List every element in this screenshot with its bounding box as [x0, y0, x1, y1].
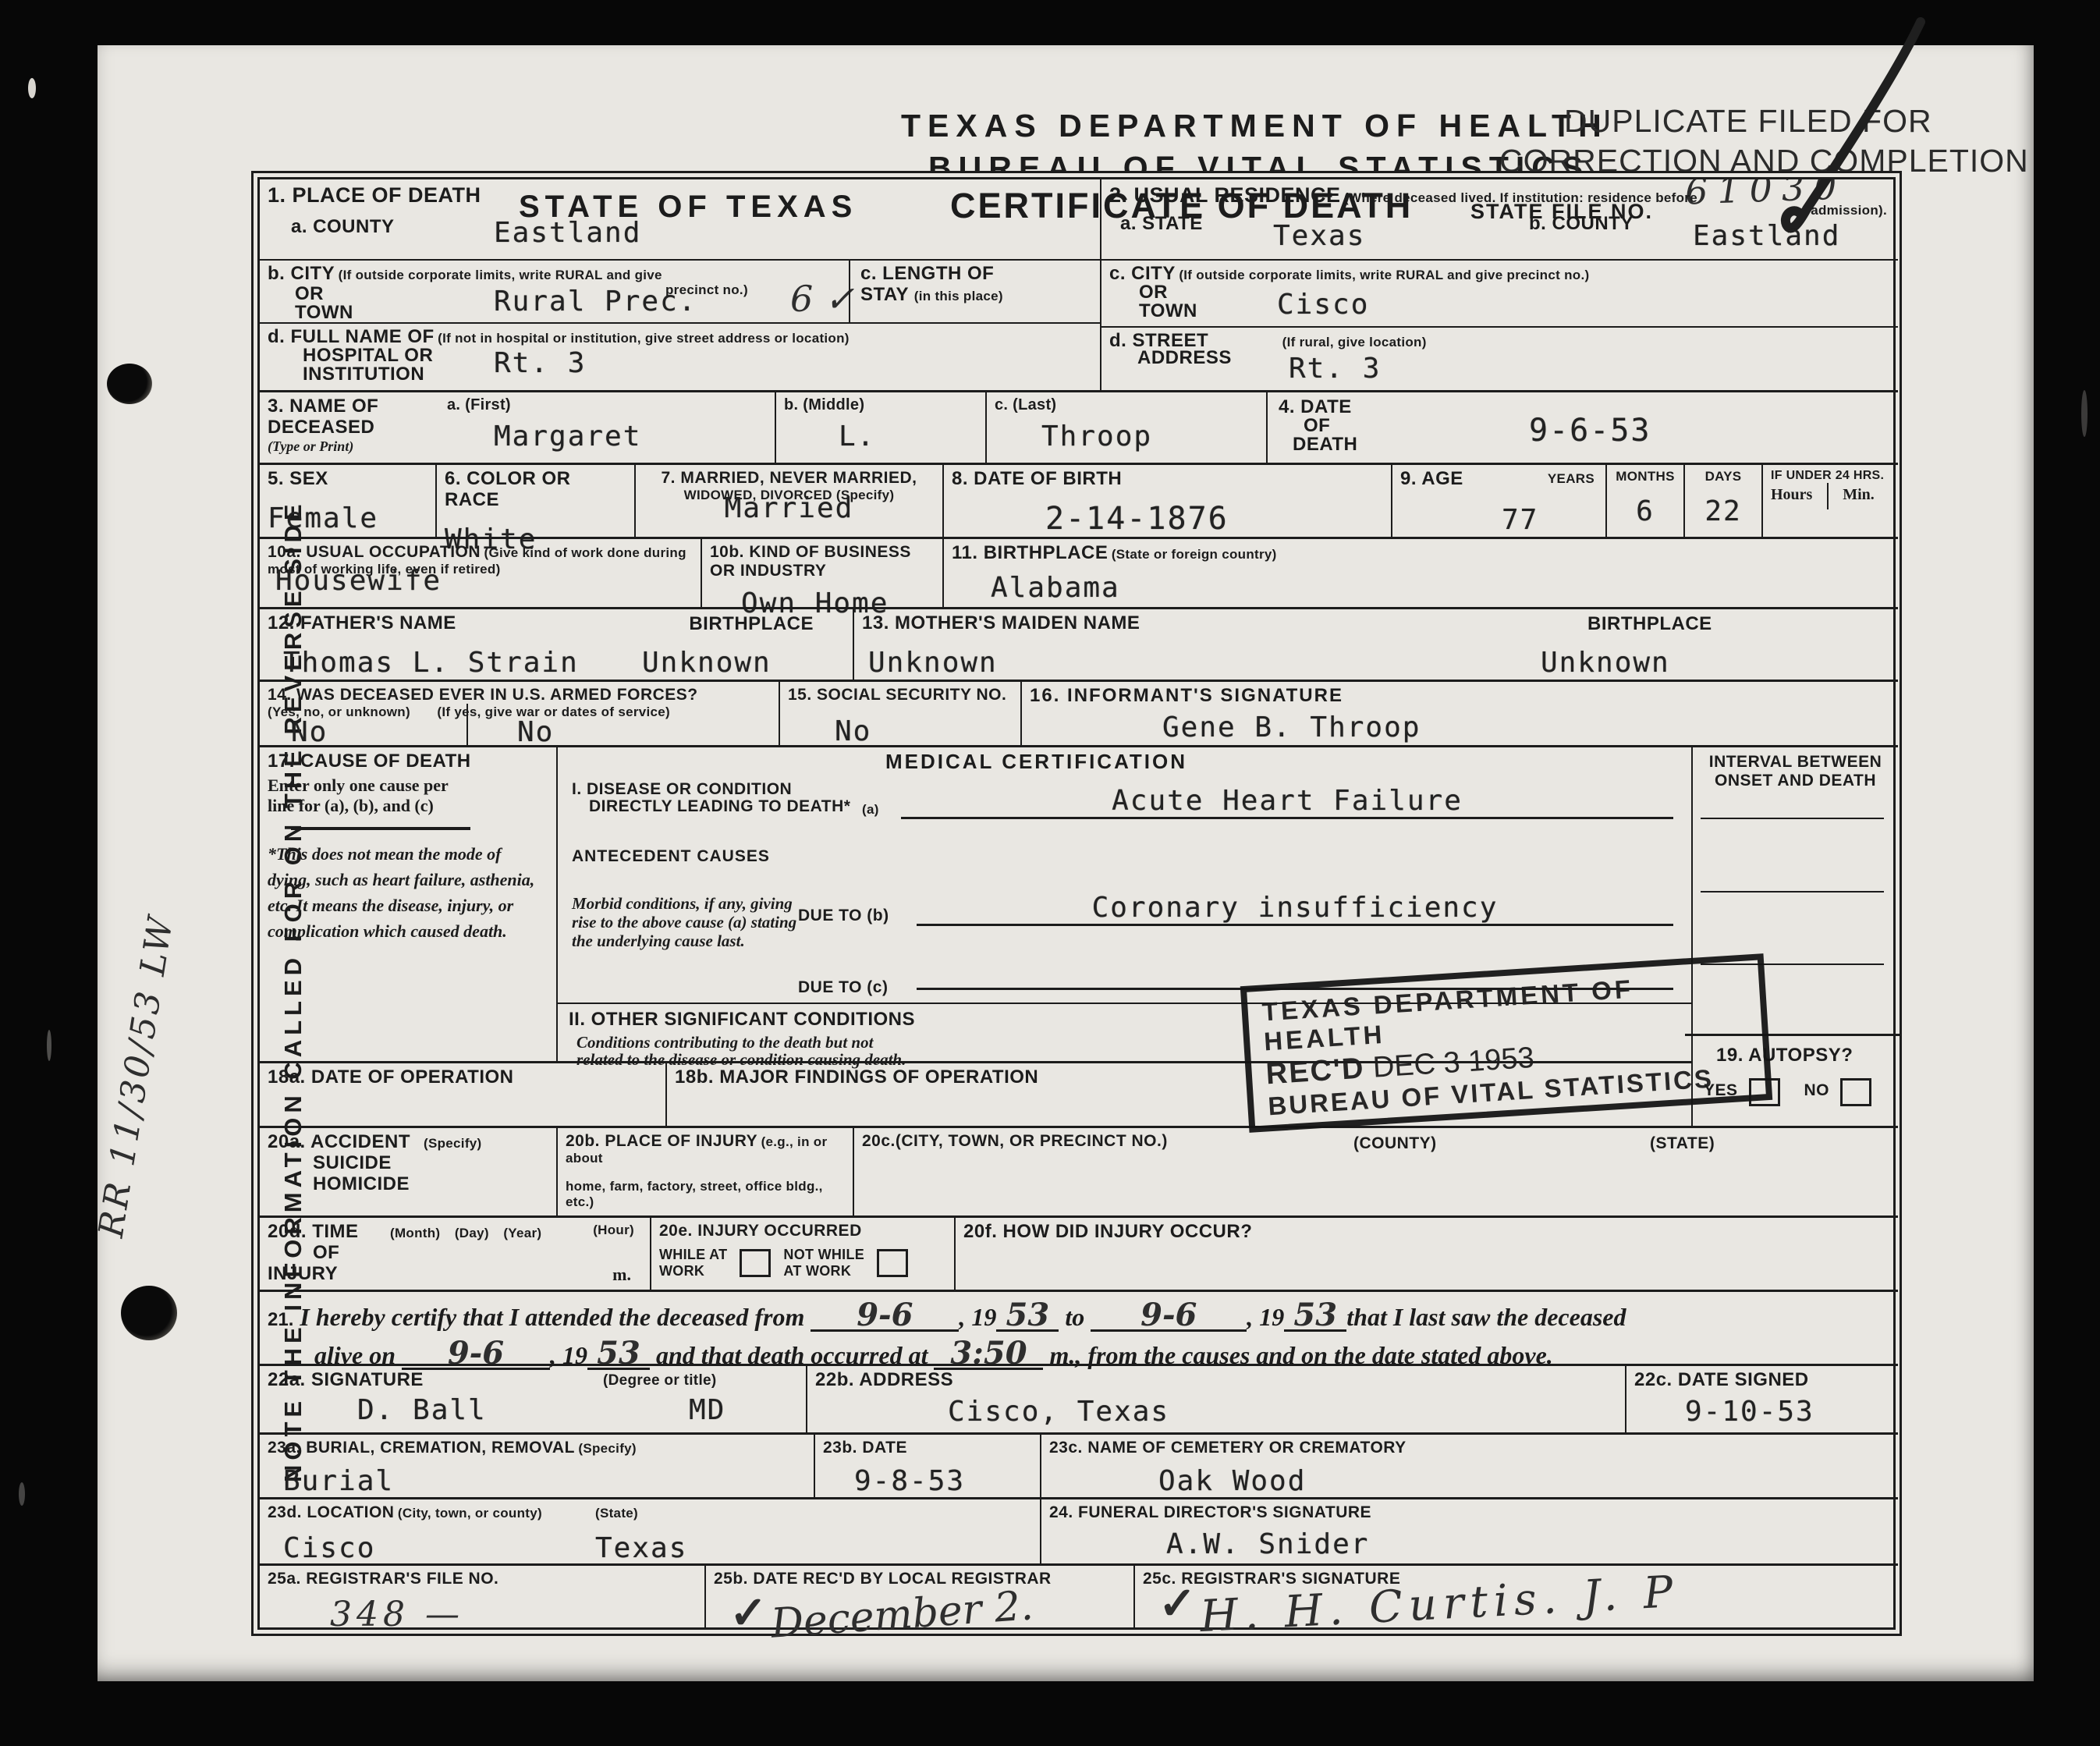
residence-city-row: c. CITY (If outside corporate limits, wr…	[1101, 259, 1898, 326]
father-label: 12. FATHER'S NAME	[268, 612, 456, 633]
date-of-operation-cell: 18a. DATE OF OPERATION	[260, 1063, 665, 1126]
burial-date-value: 9-8-53	[854, 1465, 1032, 1497]
hospital-hint: (If not in hospital or institution, give…	[438, 331, 850, 346]
physician-signature-cell: 22a. SIGNATURE (Degree or title) D. Ball…	[260, 1366, 806, 1432]
row-occupation: 10a. USUAL OCCUPATION (Give kind of work…	[260, 537, 1898, 607]
age-years-label: YEARS	[1548, 471, 1595, 487]
age-years-cell: 9. AGE YEARS 77	[1391, 465, 1605, 537]
registrar-date-check-mark: ✓	[729, 1588, 768, 1638]
father-birthplace-label: BIRTHPLACE	[689, 614, 814, 635]
degree-label: (Degree or title)	[603, 1372, 717, 1389]
duplicate-stamp-line2: CORRECTION AND COMPLETION	[1499, 143, 2029, 179]
residence-county-label: b. COUNTY	[1529, 214, 1634, 235]
physician-address-cell: 22b. ADDRESS Cisco, Texas	[806, 1366, 1625, 1432]
funeral-director-cell: 24. FUNERAL DIRECTOR'S SIGNATURE A.W. Sn…	[1040, 1499, 1898, 1563]
burial-hint: (Specify)	[578, 1441, 637, 1456]
medical-certification-header: MEDICAL CERTIFICATION	[885, 751, 1187, 773]
cause-of-death-footnote: *This does not mean the mode of dying, s…	[268, 841, 548, 944]
row-accident: 20a. ACCIDENT (Specify) SUICIDE HOMICIDE…	[260, 1126, 1898, 1215]
funeral-director-value: A.W. Snider	[1166, 1528, 1890, 1560]
dob-label: 8. DATE OF BIRTH	[952, 469, 1383, 490]
certificate-form: 1. PLACE OF DEATH a. COUNTY Eastland b. …	[257, 177, 1896, 1630]
burial-state-value: Texas	[595, 1532, 687, 1564]
last-name-value: Throop	[1041, 421, 1258, 452]
sex-label: 5. SEX	[268, 469, 427, 490]
city-of-death-hint: (If outside corporate limits, write RURA…	[339, 268, 662, 282]
middle-name-cell: b. (Middle) L.	[775, 392, 985, 463]
injury-location-cell: 20c.(CITY, TOWN, OR PRECINCT NO.) (COUNT…	[853, 1128, 1898, 1215]
burial-date-cell: 23b. DATE 9-8-53	[814, 1435, 1040, 1497]
dob-value: 2-14-1876	[1045, 501, 1383, 537]
row-name-and-death-date: 3. NAME OF DECEASED (Type or Print) a. (…	[260, 390, 1898, 463]
age-days-cell: DAYS 22	[1683, 465, 1761, 537]
burial-state-hint: (State)	[595, 1506, 638, 1521]
last-name-cell: c. (Last) Throop	[985, 392, 1266, 463]
age-label: 9. AGE	[1400, 468, 1463, 489]
age-months-value: 6	[1615, 495, 1676, 527]
burial-date-label: 23b. DATE	[823, 1439, 1032, 1457]
registrar-file-label: 25a. REGISTRAR'S FILE NO.	[268, 1570, 697, 1588]
agency-name-line1: TEXAS DEPARTMENT OF HEALTH	[901, 108, 1609, 144]
signature-label: 22a. SIGNATURE	[268, 1369, 424, 1390]
burial-location-label: 23d. LOCATION	[268, 1503, 394, 1521]
autopsy-no-checkbox	[1840, 1078, 1871, 1106]
attended-to-value: 9-6	[1091, 1301, 1247, 1332]
city-of-death-label: b. CITY	[268, 263, 335, 284]
cause-of-death-label: 17. CAUSE OF DEATH	[268, 751, 548, 772]
mother-name-value: Unknown	[868, 647, 998, 679]
age-months-label: MONTHS	[1615, 469, 1676, 484]
min-label: Min.	[1843, 486, 1875, 503]
other-significant-conditions-label: II. OTHER SIGNIFICANT CONDITIONS	[569, 1010, 915, 1031]
father-birthplace-value: Unknown	[642, 647, 772, 679]
registrar-date-value: December 2.	[769, 1582, 1034, 1647]
how-injury-occurred-cell: 20f. HOW DID INJURY OCCUR?	[954, 1218, 1898, 1290]
residence-street-hint: (If rural, give location)	[1282, 335, 1427, 350]
residence-county-value: Eastland	[1693, 220, 1840, 252]
middle-name-label: b. (Middle)	[784, 396, 977, 414]
burial-location-cell: 23d. LOCATION (City, town, or county) (S…	[260, 1499, 1040, 1563]
residence-city-label: c. CITY	[1109, 263, 1176, 284]
birthplace-hint: (State or foreign country)	[1112, 547, 1277, 562]
residence-street-value: Rt. 3	[1289, 353, 1381, 385]
attended-from-year: 53	[996, 1301, 1059, 1332]
marital-label: 7. MARRIED, NEVER MARRIED,	[644, 469, 935, 488]
informant-value: Gene B. Throop	[1162, 712, 1890, 743]
date-signed-cell: 22c. DATE SIGNED 9-10-53	[1625, 1366, 1898, 1432]
certification-statement: 21. I hereby certify that I attended the…	[260, 1292, 1898, 1364]
row-registrar: 25a. REGISTRAR'S FILE NO. 348 — 25b. DAT…	[260, 1563, 1898, 1627]
dob-cell: 8. DATE OF BIRTH 2-14-1876	[942, 465, 1391, 537]
attended-to-year: 53	[1284, 1301, 1346, 1332]
registrar-file-cell: 25a. REGISTRAR'S FILE NO. 348 —	[260, 1566, 704, 1627]
hospital-value: Rt. 3	[494, 347, 586, 379]
hospital-label: d. FULL NAME OF	[268, 326, 435, 347]
age-days-label: DAYS	[1693, 469, 1754, 484]
name-label-cell: 3. NAME OF DECEASED (Type or Print)	[260, 392, 439, 463]
autopsy-no-label: NO	[1804, 1081, 1829, 1099]
physician-address-value: Cisco, Texas	[948, 1396, 1617, 1428]
ssn-value: No	[835, 715, 1013, 747]
father-name-value: Thomas L. Strain	[283, 647, 579, 679]
duplicate-stamp-line1: DUPLICATE FILED FOR	[1564, 103, 1932, 140]
cause-of-death-notes-cell: 17. CAUSE OF DEATH Enter only one cause …	[260, 747, 556, 1061]
county-of-death-label: a. COUNTY	[291, 217, 395, 238]
date-of-death-value: 9-6-53	[1529, 413, 1651, 449]
birthplace-cell: 11. BIRTHPLACE (State or foreign country…	[942, 539, 1898, 607]
date-signed-label: 22c. DATE SIGNED	[1634, 1370, 1890, 1391]
precinct-number-handwritten: 6 ✓	[790, 278, 854, 320]
registrar-date-label: 25b. DATE REC'D BY LOCAL REGISTRAR	[714, 1570, 1126, 1588]
mother-birthplace-value: Unknown	[1541, 647, 1670, 679]
first-name-value: Margaret	[494, 421, 767, 452]
burial-city-value: Cisco	[283, 1532, 375, 1564]
funeral-director-label: 24. FUNERAL DIRECTOR'S SIGNATURE	[1049, 1503, 1890, 1522]
under24-label: IF UNDER 24 HRS.	[1771, 469, 1890, 483]
informant-label: 16. INFORMANT'S SIGNATURE	[1030, 686, 1890, 707]
degree-value: MD	[689, 1394, 725, 1426]
birthplace-value: Alabama	[991, 572, 1890, 604]
registrar-signature-check-mark: ✓	[1158, 1578, 1197, 1629]
business-label: 10b. KIND OF BUSINESS OR INDUSTRY	[710, 543, 935, 580]
row-certification-statement: 21. I hereby certify that I attended the…	[260, 1290, 1898, 1364]
section-place-of-death: 1. PLACE OF DEATH a. COUNTY Eastland b. …	[260, 179, 1100, 390]
burial-location-hint: (City, town, or county)	[398, 1506, 542, 1521]
row-demographics: 5. SEX Female 6. COLOR OR RACE White 7. …	[260, 463, 1898, 537]
cemetery-value: Oak Wood	[1158, 1465, 1890, 1497]
date-signed-value: 9-10-53	[1685, 1396, 1890, 1428]
business-cell: 10b. KIND OF BUSINESS OR INDUSTRY Own Ho…	[701, 539, 942, 607]
row-burial: 23a. BURIAL, CREMATION, REMOVAL (Specify…	[260, 1432, 1898, 1497]
hole-punch-bottom	[121, 1286, 177, 1340]
accident-cell: 20a. ACCIDENT (Specify) SUICIDE HOMICIDE	[260, 1128, 556, 1215]
marital-cell: 7. MARRIED, NEVER MARRIED, WIDOWED, DIVO…	[634, 465, 942, 537]
hole-punch-top	[107, 364, 152, 404]
occupation-label: 10a. USUAL OCCUPATION	[268, 543, 481, 561]
registrar-file-value: 348 —	[330, 1595, 697, 1634]
age-under24-cell: IF UNDER 24 HRS. Hours Min.	[1761, 465, 1898, 537]
race-label: 6. COLOR OR RACE	[445, 469, 626, 511]
row-time-of-injury: 20d. TIME (Month) (Day) (Year) (Hour) OF…	[260, 1215, 1898, 1290]
row-burial-location: 23d. LOCATION (City, town, or county) (S…	[260, 1497, 1898, 1563]
informant-cell: 16. INFORMANT'S SIGNATURE Gene B. Throop	[1020, 682, 1898, 745]
birthplace-label: 11. BIRTHPLACE	[952, 542, 1108, 563]
interval-label: INTERVAL BETWEENONSET AND DEATH	[1701, 753, 1890, 790]
cemetery-cell: 23c. NAME OF CEMETERY OR CREMATORY Oak W…	[1040, 1435, 1898, 1497]
address-label: 22b. ADDRESS	[815, 1370, 1617, 1391]
cause-a-value: Acute Heart Failure	[1112, 785, 1463, 817]
row-physician: 22a. SIGNATURE (Degree or title) D. Ball…	[260, 1364, 1898, 1432]
occupation-cell: 10a. USUAL OCCUPATION (Give kind of work…	[260, 539, 701, 607]
date-of-death-cell: 4. DATE OF DEATH 9-6-53	[1266, 392, 1898, 463]
residence-state-label: a. STATE	[1120, 214, 1203, 235]
sex-cell: 5. SEX Female	[260, 465, 435, 537]
date-of-operation-label: 18a. DATE OF OPERATION	[268, 1067, 658, 1088]
hospital-name-row: d. FULL NAME OF (If not in hospital or i…	[260, 322, 1100, 390]
ssn-label: 15. SOCIAL SECURITY NO.	[788, 686, 1013, 704]
last-name-label: c. (Last)	[995, 396, 1258, 414]
hours-label: Hours	[1771, 486, 1812, 503]
first-name-cell: a. (First) Margaret	[439, 392, 775, 463]
cemetery-label: 23c. NAME OF CEMETERY OR CREMATORY	[1049, 1439, 1890, 1457]
usual-residence-header: 2. USUAL RESIDENCE	[1109, 183, 1341, 207]
first-name-label: a. (First)	[447, 396, 767, 414]
armed-forces-cell: 14. WAS DECEASED EVER IN U.S. ARMED FORC…	[260, 682, 779, 745]
residence-state-value: Texas	[1273, 220, 1365, 252]
mother-label: 13. MOTHER'S MAIDEN NAME	[862, 612, 1140, 633]
place-of-injury-cell: 20b. PLACE OF INJURY (e.g., in or about …	[556, 1128, 853, 1215]
armed-forces-value1: No	[291, 716, 328, 748]
age-days-value: 22	[1693, 495, 1754, 527]
race-cell: 6. COLOR OR RACE White	[435, 465, 634, 537]
residence-city-value: Cisco	[1277, 289, 1369, 321]
age-years-value: 77	[1502, 504, 1598, 536]
armed-forces-hint1: (Yes, no, or unknown)	[268, 704, 410, 719]
scanned-death-certificate: TEXAS DEPARTMENT OF HEALTH BUREAU OF VIT…	[0, 0, 2100, 1746]
burial-value: Burial	[283, 1465, 806, 1497]
physician-signature-value: D. Ball	[357, 1394, 487, 1426]
armed-forces-label: 14. WAS DECEASED EVER IN U.S. ARMED FORC…	[268, 686, 771, 704]
cause-b-value: Coronary insufficiency	[1092, 892, 1499, 924]
section-usual-residence: 2. USUAL RESIDENCE (Where deceased lived…	[1100, 179, 1898, 390]
not-while-at-work-checkbox	[877, 1249, 908, 1277]
father-cell: 12. FATHER'S NAME BIRTHPLACE Thomas L. S…	[260, 609, 853, 680]
residence-street-row: d. STREET (If rural, give location) ADDR…	[1101, 326, 1898, 390]
row-parents: 12. FATHER'S NAME BIRTHPLACE Thomas L. S…	[260, 607, 1898, 680]
armed-forces-value2: No	[517, 716, 554, 748]
time-of-injury-cell: 20d. TIME (Month) (Day) (Year) (Hour) OF…	[260, 1218, 650, 1290]
mother-birthplace-label: BIRTHPLACE	[1587, 614, 1712, 635]
row-service-informant: 14. WAS DECEASED EVER IN U.S. ARMED FORC…	[260, 680, 1898, 745]
residence-city-hint: (If outside corporate limits, write RURA…	[1179, 268, 1589, 282]
county-of-death-value: Eastland	[494, 217, 641, 249]
registrar-signature-cell: 25c. REGISTRAR'S SIGNATURE ✓ H. H. Curti…	[1133, 1566, 1898, 1627]
length-of-stay-label: c. LENGTH OFSTAY (in this place)	[860, 264, 1003, 306]
city-of-death-row: b. CITY (If outside corporate limits, wr…	[260, 259, 1100, 322]
age-months-cell: MONTHS 6	[1605, 465, 1683, 537]
attended-from-value: 9-6	[811, 1301, 959, 1332]
middle-name-value: L.	[839, 421, 977, 452]
usual-residence-hint: (Where deceased lived. If institution: r…	[1344, 190, 1697, 205]
while-at-work-checkbox	[740, 1249, 771, 1277]
burial-cell: 23a. BURIAL, CREMATION, REMOVAL (Specify…	[260, 1435, 814, 1497]
mother-cell: 13. MOTHER'S MAIDEN NAME BIRTHPLACE Unkn…	[853, 609, 1898, 680]
registrar-date-cell: 25b. DATE REC'D BY LOCAL REGISTRAR ✓ Dec…	[704, 1566, 1133, 1627]
sex-value: Female	[268, 502, 427, 534]
ssn-cell: 15. SOCIAL SECURITY NO. No	[779, 682, 1020, 745]
injury-occurred-cell: 20e. INJURY OCCURRED WHILE ATWORK NOT WH…	[650, 1218, 954, 1290]
antecedent-label: ANTECEDENT CAUSES	[572, 847, 770, 866]
burial-label: 23a. BURIAL, CREMATION, REMOVAL	[268, 1439, 575, 1457]
row-place-and-residence: 1. PLACE OF DEATH a. COUNTY Eastland b. …	[260, 179, 1898, 390]
place-of-death-header: 1. PLACE OF DEATH	[268, 183, 1092, 207]
